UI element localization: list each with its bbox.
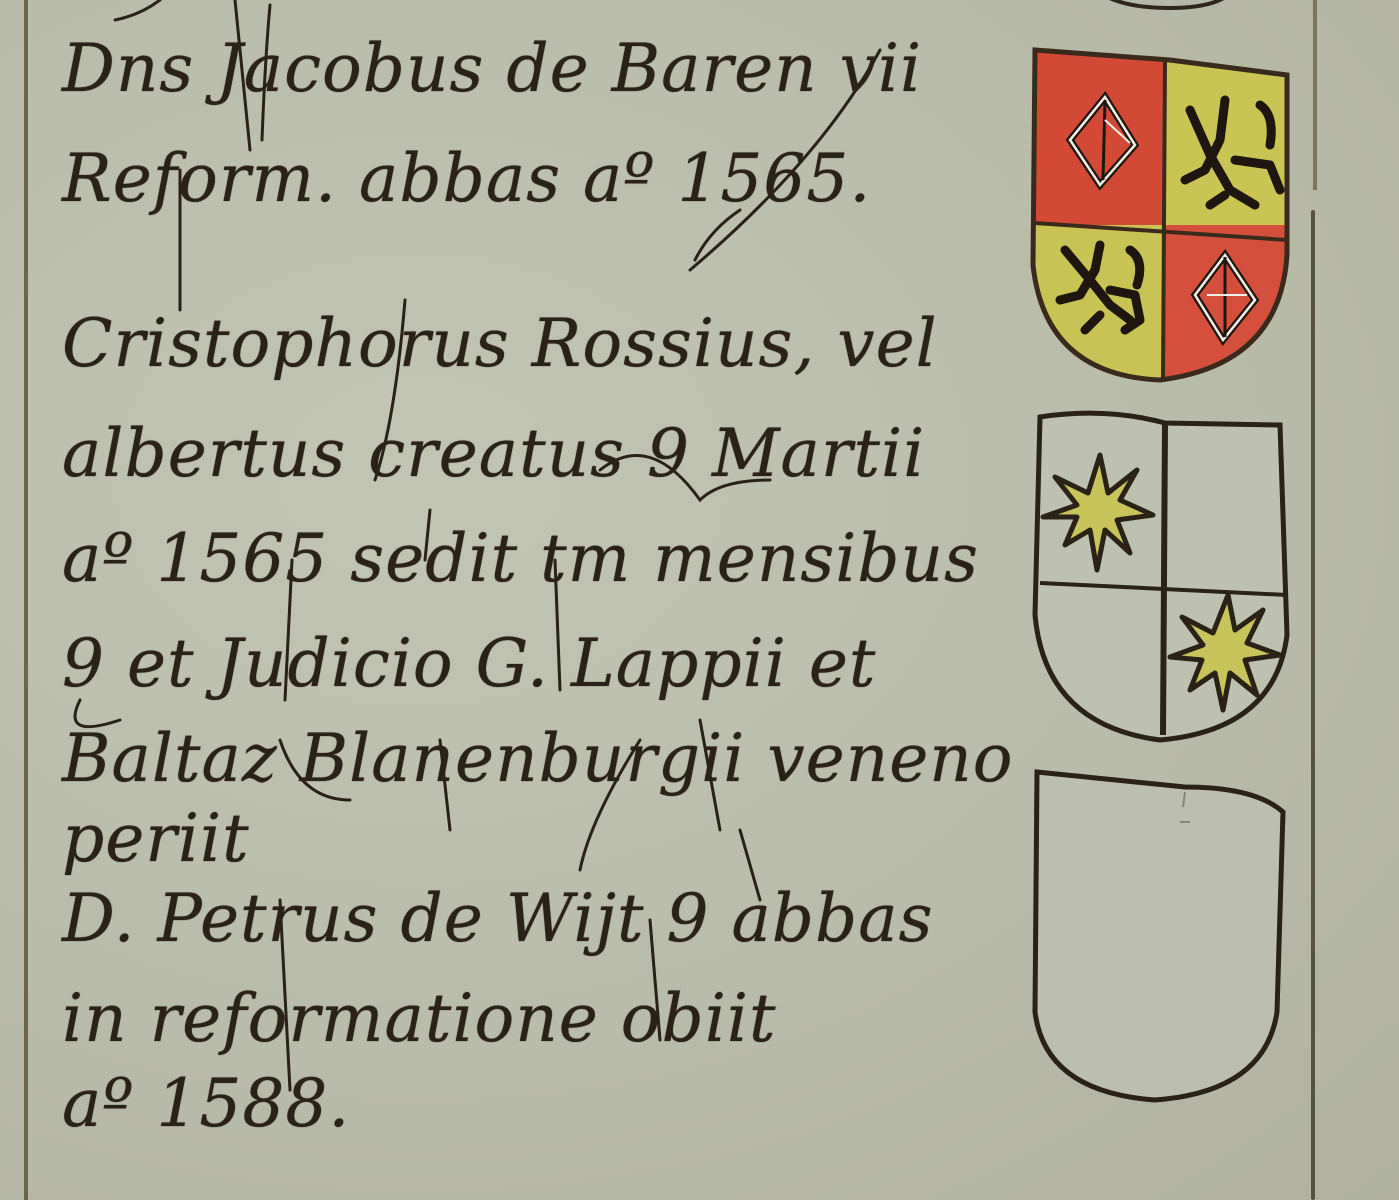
right-margin-rule-bottom [1311, 210, 1315, 1200]
entry-2-line-5: Baltaz Blanenburgii veneno [62, 720, 1014, 797]
quarter-1-red [1025, 45, 1165, 225]
previous-shield-fragment [1080, 0, 1250, 15]
entry-3-line-3: aº 1588. [62, 1065, 350, 1142]
entry-2-line-4: 9 et Judicio G. Lappii et [62, 625, 876, 702]
coat-of-arms-shield-3-blank [1025, 762, 1295, 1107]
entry-1-line-2: Reform. abbas aº 1565. [62, 140, 871, 217]
entry-2-line-3: aº 1565 sedit tm mensibus [62, 520, 979, 597]
entry-3-line-2: in reformatione obiit [62, 980, 776, 1057]
right-margin-rule-top [1313, 0, 1317, 190]
coat-of-arms-shield-2 [1025, 405, 1295, 750]
entry-1-line-1: Dns Jacobus de Baren vii [62, 30, 922, 107]
manuscript-page: Dns Jacobus de Baren vii Reform. abbas a… [0, 0, 1399, 1200]
coat-of-arms-shield-1 [1025, 45, 1295, 385]
entry-2-line-6: periit [62, 800, 250, 877]
entry-2-line-2: albertus creatus 9 Martii [62, 415, 925, 492]
entry-2-line-1: Cristophorus Rossius, vel [62, 305, 938, 382]
entry-3-line-1: D. Petrus de Wijt 9 abbas [62, 880, 934, 957]
